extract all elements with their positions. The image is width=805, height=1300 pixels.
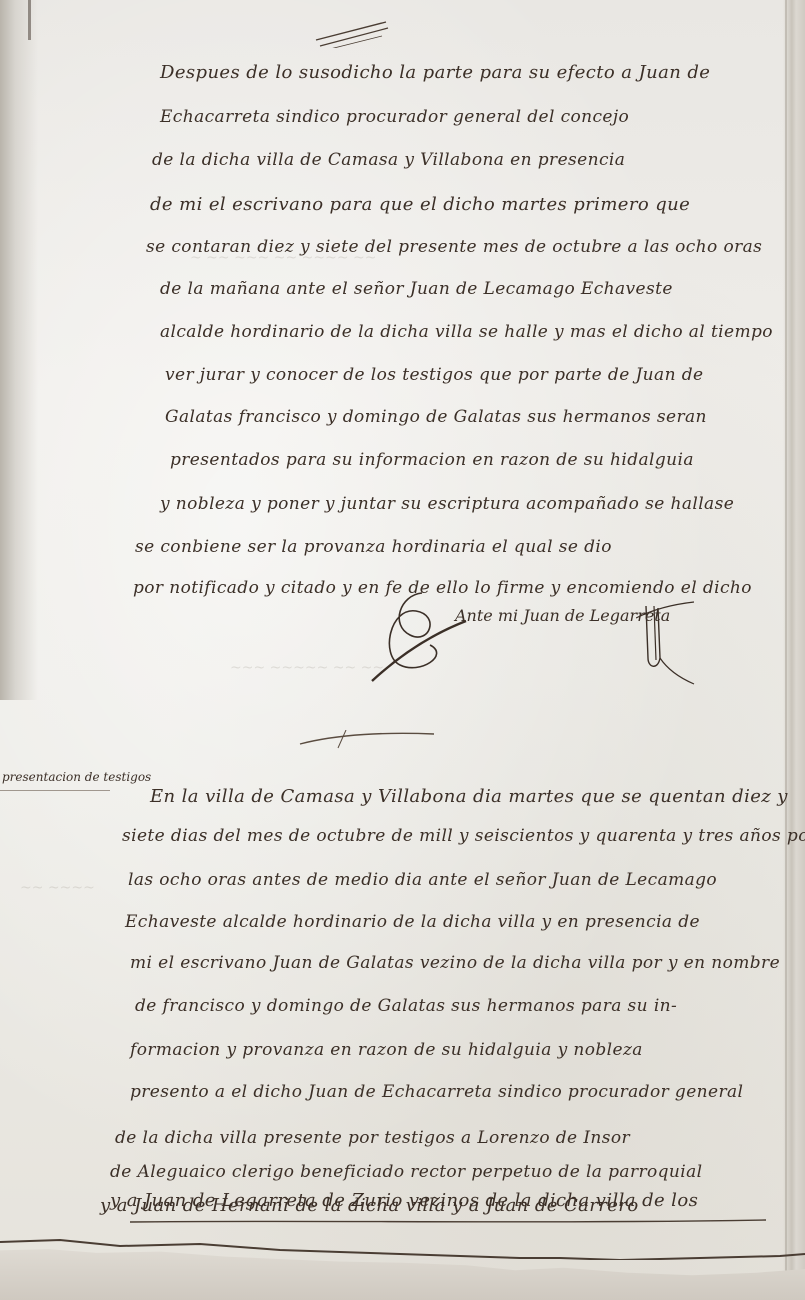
manuscript-line: las ocho oras antes de medio dia ante el… xyxy=(128,870,717,890)
manuscript-line: de francisco y domingo de Galatas sus he… xyxy=(135,996,677,1016)
manuscript-page: ~ ~~ ~~~ ~~ ~~~~ ~~ ~~~ ~~~~~ ~~ ~~ ~~ ~… xyxy=(0,0,805,1300)
page-left-edge-shadow xyxy=(0,0,38,700)
manuscript-line: de la mañana ante el señor Juan de Lecam… xyxy=(160,279,673,299)
manuscript-line: siete dias del mes de octubre de mill y … xyxy=(122,826,805,846)
margin-annotation: presentacion de testigos xyxy=(2,770,151,784)
manuscript-line: Despues de lo susodicho la parte para su… xyxy=(160,62,710,83)
manuscript-line: se contaran diez y siete del presente me… xyxy=(146,237,762,257)
manuscript-line: se conbiene ser la provanza hordinaria e… xyxy=(135,537,612,557)
page-fold-line xyxy=(785,0,787,1300)
manuscript-line: y nobleza y poner y juntar su escriptura… xyxy=(160,494,734,514)
manuscript-line: Echacarreta sindico procurador general d… xyxy=(160,107,629,127)
manuscript-line: de la dicha villa presente por testigos … xyxy=(115,1128,630,1148)
manuscript-line: mi el escrivano Juan de Galatas vezino d… xyxy=(130,953,780,973)
bleed-through-text: ~~~ ~~~~~ ~~ ~~ xyxy=(230,660,384,676)
section-divider-icon xyxy=(298,730,438,750)
manuscript-line: de la dicha villa de Camasa y Villabona … xyxy=(152,150,625,170)
manuscript-line: Galatas francisco y domingo de Galatas s… xyxy=(165,407,707,427)
manuscript-line: ver jurar y conocer de los testigos que … xyxy=(165,365,703,385)
bleed-through-text: ~~ ~~~~ xyxy=(20,880,95,896)
manuscript-line: En la villa de Camasa y Villabona dia ma… xyxy=(150,786,788,807)
signature-flourish-icon xyxy=(370,585,470,685)
manuscript-line: formacion y provanza en razon de su hida… xyxy=(130,1040,643,1060)
margin-rule xyxy=(0,790,110,791)
notary-rubric-icon xyxy=(636,598,696,688)
manuscript-line: Echaveste alcalde hordinario de la dicha… xyxy=(125,912,700,932)
manuscript-line: alcalde hordinario de la dicha villa se … xyxy=(160,322,773,342)
binding-mark xyxy=(28,0,31,40)
manuscript-line: de Aleguaico clerigo beneficiado rector … xyxy=(110,1162,703,1182)
manuscript-line: presentados para su informacion en razon… xyxy=(170,450,694,470)
header-flourish-icon xyxy=(312,18,392,48)
manuscript-line: de mi el escrivano para que el dicho mar… xyxy=(150,194,690,215)
manuscript-line: y a Juan de Legarreta de Zurio vezinos d… xyxy=(110,1190,698,1211)
closing-underline-icon xyxy=(130,1218,770,1238)
manuscript-line: presento a el dicho Juan de Echacarreta … xyxy=(130,1082,743,1102)
